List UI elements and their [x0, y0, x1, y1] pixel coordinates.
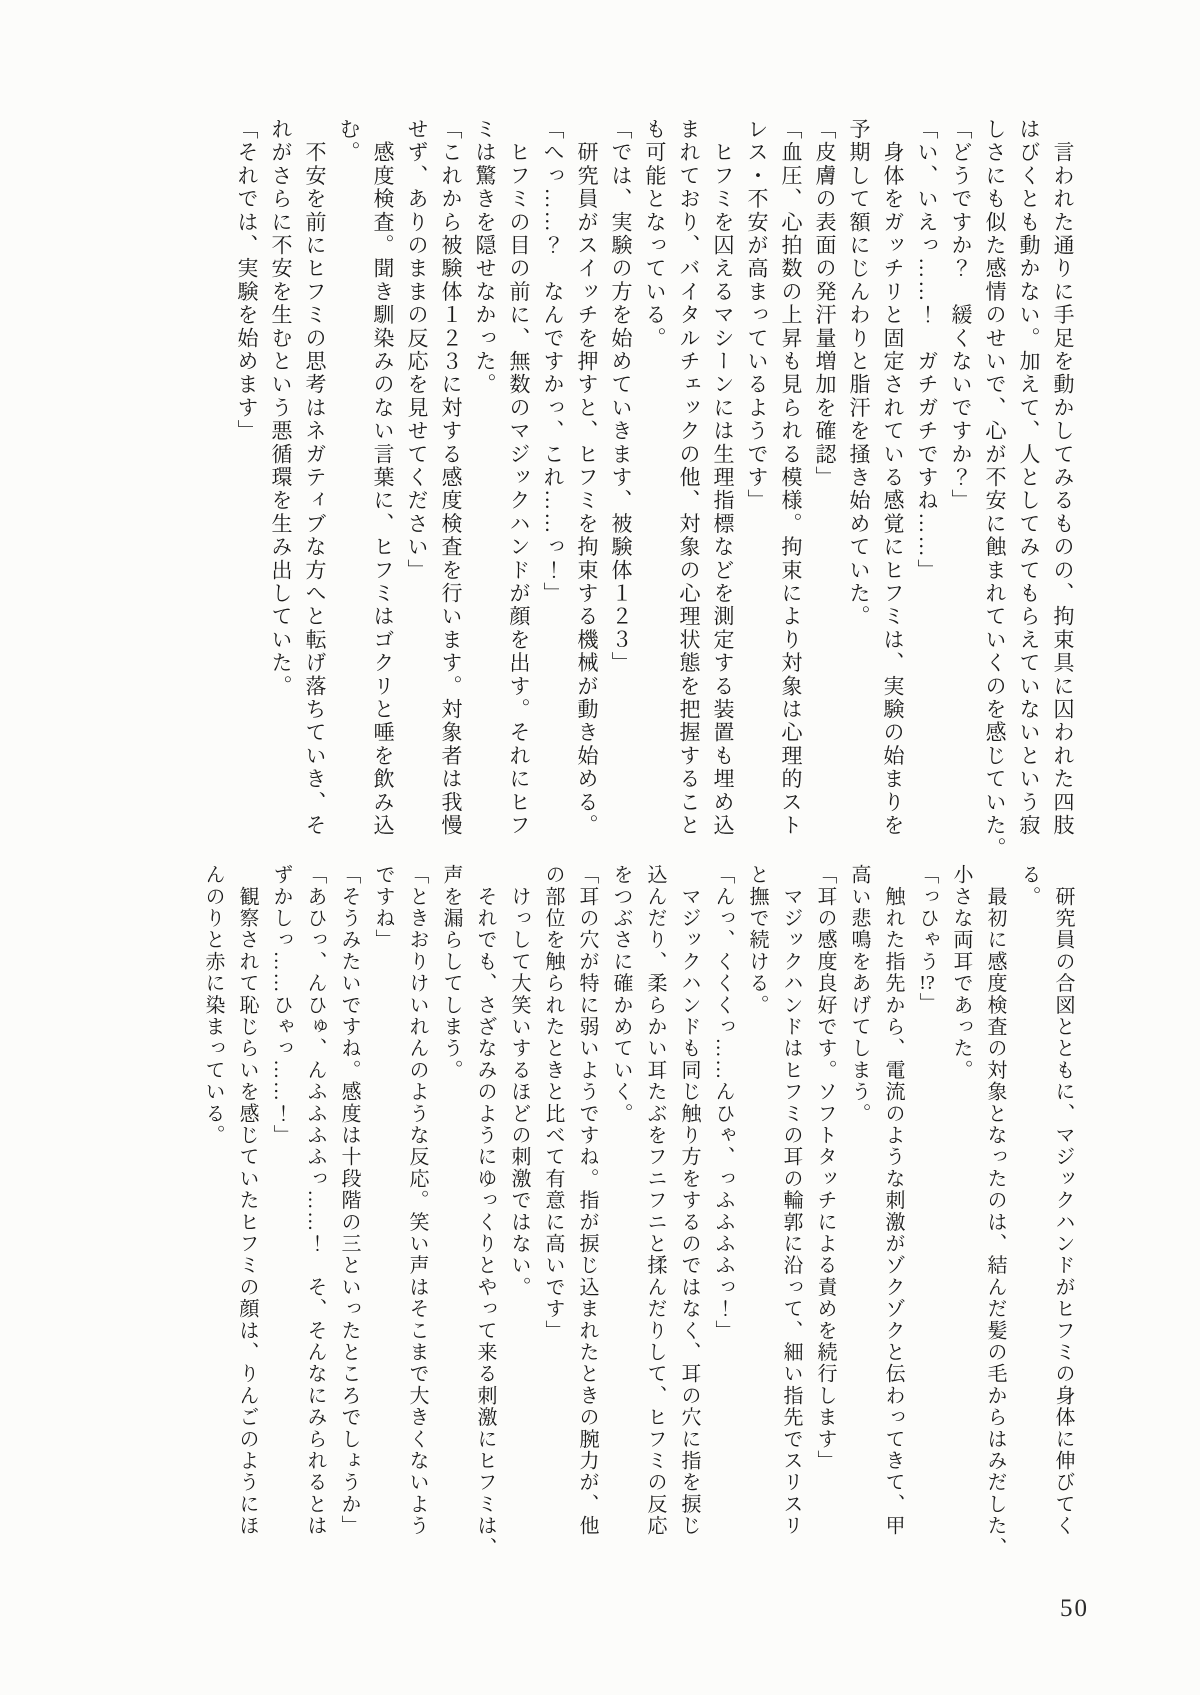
text-column: マジックハンドも同じ触り方をするのではなく、耳の穴に指を捩じ — [672, 864, 706, 1564]
text-column: む。 — [332, 118, 366, 866]
text-column: 「っひゃう!?」 — [910, 864, 944, 1564]
text-column: 「それでは、実験を始めます」 — [230, 118, 264, 866]
text-column: 「あひっ、んひゅ、んふふふふっ……！ そ、そんなにみられるとは — [298, 864, 332, 1564]
text-column: 「どうですか？ 緩くないですか？」 — [944, 118, 978, 866]
text-column: 高い悲鳴をあげてしまう。 — [842, 864, 876, 1564]
text-column: マジックハンドはヒフミの耳の輪郭に沿って、細い指先でスリスリ — [774, 864, 808, 1564]
text-column: れがさらに不安を生むという悪循環を生み出していた。 — [264, 118, 298, 866]
text-column: も可能となっている。 — [638, 118, 672, 866]
text-column: 「血圧、心拍数の上昇も見られる模様。拘束により対象は心理的スト — [774, 118, 808, 866]
text-column: 込んだり、柔らかい耳たぶをフニフニと揉んだりして、ヒフミの反応 — [638, 864, 672, 1564]
text-column: 「耳の感度良好です。ソフトタッチによる責めを続行します」 — [808, 864, 842, 1564]
text-column: まれており、バイタルチェックの他、対象の心理状態を把握すること — [672, 118, 706, 866]
text-column: 身体をガッチリと固定されている感覚にヒフミは、実験の始まりを — [876, 118, 910, 866]
text-column: ヒフミを囚えるマシーンには生理指標などを測定する装置も埋め込 — [706, 118, 740, 866]
text-column: 声を漏らしてしまう。 — [434, 864, 468, 1564]
text-column: ですね」 — [366, 864, 400, 1564]
text-column: はびくとも動かない。加えて、人としてみてもらえていないという寂 — [1012, 118, 1046, 866]
text-column: ミは驚きを隠せなかった。 — [468, 118, 502, 866]
text-column: 研究員がスイッチを押すと、ヒフミを拘束する機械が動き始める。 — [570, 118, 604, 866]
text-column: 観察されて恥じらいを感じていたヒフミの顔は、りんごのようにほ — [230, 864, 264, 1564]
text-column: 「皮膚の表面の発汗量増加を確認」 — [808, 118, 842, 866]
text-column: 「耳の穴が特に弱いようですね。指が捩じ込まれたときの腕力が、他 — [570, 864, 604, 1564]
text-column: ずかしっ……ひゃっ……！」 — [264, 864, 298, 1564]
text-column: 触れた指先から、電流のような刺激がゾクゾクと伝わってきて、甲 — [876, 864, 910, 1564]
text-column: けっして大笑いするほどの刺激ではない。 — [502, 864, 536, 1564]
text-column: をつぶさに確かめていく。 — [604, 864, 638, 1564]
tate-chu-yoko: !? — [916, 973, 938, 993]
text-column: 言われた通りに手足を動かしてみるものの、拘束具に囚われた四肢 — [1046, 118, 1080, 866]
text-column: ヒフミの目の前に、無数のマジックハンドが顔を出す。それにヒフ — [502, 118, 536, 866]
text-band-top: 言われた通りに手足を動かしてみるものの、拘束具に囚われた四肢はびくとも動かない。… — [145, 118, 1080, 866]
text-column: んのりと赤に染まっている。 — [196, 864, 230, 1564]
text-column: 小さな両耳であった。 — [944, 864, 978, 1564]
text-column: 最初に感度検査の対象となったのは、結んだ髪の毛からはみだした、 — [978, 864, 1012, 1564]
text-column: 研究員の合図とともに、マジックハンドがヒフミの身体に伸びてく — [1046, 864, 1080, 1564]
scanned-page: 言われた通りに手足を動かしてみるものの、拘束具に囚われた四肢はびくとも動かない。… — [0, 0, 1200, 1695]
text-column: る。 — [1012, 864, 1046, 1564]
text-column: の部位を触られたときと比べて有意に高いです」 — [536, 864, 570, 1564]
text-column: 「んっ、くくくっ……んひゃ、っふふふふっ！」 — [706, 864, 740, 1564]
text-band-bottom: 研究員の合図とともに、マジックハンドがヒフミの身体に伸びてくる。 最初に感度検査… — [145, 864, 1080, 1564]
text-column: 感度検査。聞き馴染みのない言葉に、ヒフミはゴクリと唾を飲み込 — [366, 118, 400, 866]
text-column: 不安を前にヒフミの思考はネガティブな方へと転げ落ちていき、そ — [298, 118, 332, 866]
text-column: それでも、さざなみのようにゆっくりとやって来る刺激にヒフミは、 — [468, 864, 502, 1564]
text-column: 「い、いえっ……！ ガチガチですね……」 — [910, 118, 944, 866]
text-column: 「ときおりけいれんのような反応。笑い声はそこまで大きくないよう — [400, 864, 434, 1564]
text-column: 「では、実験の方を始めていきます、被験体１２３」 — [604, 118, 638, 866]
text-column: 「そうみたいですね。感度は十段階の三といったところでしょうか」 — [332, 864, 366, 1564]
text-column: レス・不安が高まっているようです」 — [740, 118, 774, 866]
text-column: せず、ありのままの反応を見せてください」 — [400, 118, 434, 866]
text-column: と撫で続ける。 — [740, 864, 774, 1564]
text-column: 「へっ……？ なんですかっ、これ……っ！」 — [536, 118, 570, 866]
text-column: しさにも似た感情のせいで、心が不安に蝕まれていくのを感じていた。 — [978, 118, 1012, 866]
text-column: 予期して額にじんわりと脂汗を掻き始めていた。 — [842, 118, 876, 866]
text-column: 「これから被験体１２３に対する感度検査を行います。対象者は我慢 — [434, 118, 468, 866]
page-number: 50 — [1060, 1595, 1089, 1623]
